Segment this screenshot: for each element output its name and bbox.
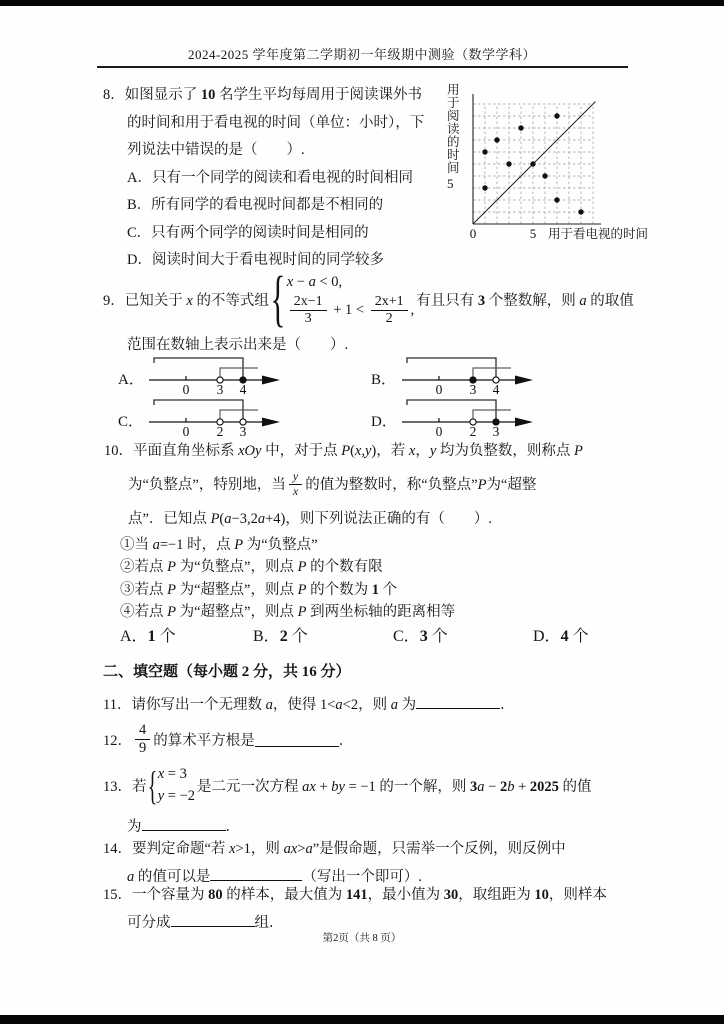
text-segment: 范围在数轴上表示出来是（ ）. bbox=[127, 337, 348, 353]
text-segment: 15．一个容量为 bbox=[103, 887, 208, 903]
text-segment: by bbox=[331, 779, 345, 795]
section-2-heading: 二、填空题（每小题 2 分，共 16 分） bbox=[103, 660, 351, 681]
scatter-plot: 0 5 用于看电视的时间 bbox=[464, 84, 672, 246]
text-segment: a bbox=[391, 697, 398, 713]
q10-answer-b: B．2 个 bbox=[253, 624, 393, 649]
text-segment: − bbox=[293, 274, 308, 290]
scatter-figure: 用于阅读的时间 5 0 5 用于看电视的时间 bbox=[447, 84, 672, 246]
question-12: 12．49 的算术平方根是． bbox=[103, 722, 353, 756]
number-line-axis bbox=[402, 376, 533, 385]
option-label: C． bbox=[118, 410, 146, 431]
text-segment: 组． bbox=[255, 915, 284, 931]
question-10: 10．平面直角坐标系 xOy 中，对于点 P(x,y)，若 x，y 均为负整数，… bbox=[104, 438, 664, 649]
question-8: 8．如图显示了 10 名学生平均每周用于阅读课外书 的时间和用于看电视的时间（单… bbox=[103, 82, 463, 275]
text-segment: 10 bbox=[201, 87, 216, 103]
q10-item-4: ④若点 P 为“超整点”，则点 P 到两坐标轴的距离相等 bbox=[104, 601, 664, 624]
number-line-a: 034 bbox=[146, 352, 296, 396]
x-tick-5: 5 bbox=[530, 226, 537, 241]
question-13: 13．若 { x = 3 y = −2 是二元一次方程 ax + by = −1… bbox=[103, 764, 663, 841]
q10-answer-d: D．4 个 bbox=[533, 624, 589, 649]
number-line-d: 023 bbox=[399, 394, 549, 438]
question-11: 11．请你写出一个无理数 a，使得 1<a<2，则 a 为． bbox=[103, 692, 515, 720]
q8-choice-a: A．只有一个同学的阅读和看电视的时间相同 bbox=[103, 165, 463, 193]
question-9: 9．已知关于 x 的不等式组 { x − a < 0, 2x−13 + 1 < … bbox=[103, 272, 663, 359]
tick-labels: 023 bbox=[436, 418, 500, 438]
number-line-axis bbox=[149, 376, 280, 385]
svg-text:2: 2 bbox=[217, 424, 224, 438]
text-segment: P bbox=[341, 443, 350, 459]
data-point bbox=[518, 125, 523, 130]
q15-line-1: 15．一个容量为 80 的样本，最大值为 141，最小值为 30，取组距为 10… bbox=[103, 882, 663, 910]
arrowhead bbox=[515, 418, 533, 427]
text-segment: +4)，则下列说法正确的有（ ）. bbox=[265, 511, 492, 527]
blank-underline bbox=[255, 731, 339, 747]
text-segment: , bbox=[411, 302, 415, 318]
text-segment: −3,2 bbox=[232, 511, 258, 527]
text-segment: 的时间和用于看电视的时间（单位：小时），下 bbox=[127, 115, 424, 131]
data-point bbox=[542, 173, 547, 178]
system-brace: { bbox=[270, 272, 285, 328]
tick-labels: 023 bbox=[183, 418, 247, 438]
text-segment: a bbox=[153, 537, 160, 553]
text-segment: 2 bbox=[280, 628, 288, 645]
text-segment: ”是假命题，只需举一个反例，则反例中 bbox=[313, 841, 566, 857]
q8-line-1: 8．如图显示了 10 名学生平均每周用于阅读课外书 bbox=[103, 82, 463, 110]
arrowhead bbox=[262, 376, 280, 385]
text-segment: + 1 < bbox=[330, 302, 368, 318]
text-segment: 141 bbox=[346, 887, 368, 903]
text-segment: 的样本，最大值为 bbox=[223, 887, 346, 903]
text-segment: 1 bbox=[148, 628, 156, 645]
text-segment: ②若点 bbox=[120, 559, 167, 575]
text-segment: + bbox=[514, 779, 529, 795]
scan-edge-top bbox=[0, 0, 724, 6]
number-line-b: 034 bbox=[399, 352, 549, 396]
text-segment: 列说法中错误的是（ ）. bbox=[127, 142, 305, 158]
text-segment: ． bbox=[339, 729, 354, 750]
text-segment: P bbox=[167, 582, 176, 598]
text-segment: 30 bbox=[444, 887, 459, 903]
text-segment: P bbox=[167, 604, 176, 620]
q9-prefix: 9．已知关于 x 的不等式组 bbox=[103, 289, 269, 310]
text-segment: 9．已知关于 bbox=[103, 293, 186, 309]
q10-item-1: ①当 a=−1 时，点 P 为“负整点” bbox=[104, 534, 664, 557]
text-segment: B． bbox=[253, 628, 280, 645]
text-segment: ax bbox=[302, 779, 316, 795]
q8-line-3: 列说法中错误的是（ ）. bbox=[103, 137, 463, 165]
text-segment: )，若 bbox=[371, 443, 408, 459]
equation-system: { x = 3 y = −2 bbox=[149, 764, 196, 808]
text-segment: 的算术平方根是 bbox=[153, 729, 255, 750]
text-segment: = 3 bbox=[164, 766, 187, 782]
text-segment: ，取组距为 bbox=[458, 887, 534, 903]
text-segment: 的个数有限 bbox=[306, 559, 382, 575]
number-line-c: 023 bbox=[146, 394, 296, 438]
text-segment: 14．要判定命题“若 bbox=[103, 841, 229, 857]
text-segment: ，则样本 bbox=[549, 887, 607, 903]
text-segment: ①当 bbox=[120, 537, 153, 553]
arrowhead bbox=[515, 376, 533, 385]
q10-answer-a: A．1 个 bbox=[120, 624, 253, 649]
q10-line-3: 点”．已知点 P(a−3,2a+4)，则下列说法正确的有（ ）. bbox=[104, 504, 664, 534]
fraction: 2x−13 bbox=[290, 294, 327, 327]
system-row-1: x − a < 0, bbox=[287, 272, 342, 294]
system-row-2: y = −2 bbox=[158, 786, 195, 808]
text-segment: 8．如图显示了 bbox=[103, 87, 201, 103]
text-segment: ． bbox=[500, 697, 515, 713]
text-segment: 1 bbox=[372, 582, 379, 598]
text-segment: a bbox=[579, 293, 586, 309]
q8-choice-b: B．所有同学的看电视时间都是不相同的 bbox=[103, 192, 463, 220]
y-axis-tick-5: 5 bbox=[447, 176, 462, 192]
text-segment: 有且只有 bbox=[416, 293, 478, 309]
text-segment: = −1 的一个解，则 bbox=[345, 779, 470, 795]
text-segment: <2，则 bbox=[343, 697, 391, 713]
data-point bbox=[578, 209, 583, 214]
text-segment: 12． bbox=[103, 729, 132, 750]
text-segment: 到两坐标轴的距离相等 bbox=[306, 604, 455, 620]
text-segment: − bbox=[485, 779, 500, 795]
option-label: D． bbox=[371, 410, 399, 431]
q9-option-b: B． 034 bbox=[371, 352, 624, 394]
text-segment: 是二元一次方程 bbox=[197, 779, 302, 795]
svg-text:2: 2 bbox=[470, 424, 477, 438]
svg-text:0: 0 bbox=[436, 424, 443, 438]
text-segment: P bbox=[234, 537, 243, 553]
x-axis-label: 用于看电视的时间 bbox=[548, 226, 648, 241]
text-segment: ④若点 bbox=[120, 604, 167, 620]
header-rule bbox=[97, 66, 628, 68]
tick-labels: 034 bbox=[436, 376, 500, 396]
q9-suffix: 有且只有 3 个整数解，则 a 的取值 bbox=[416, 289, 634, 310]
text-segment: 可分成 bbox=[127, 915, 171, 931]
text-segment: 3 bbox=[420, 628, 428, 645]
text-segment: C． bbox=[393, 628, 420, 645]
text-segment: 为“超整 bbox=[486, 466, 536, 504]
blank-underline bbox=[210, 865, 302, 881]
svg-text:3: 3 bbox=[240, 424, 247, 438]
q10-line-2: 为“负整点”，特别地，当yx的值为整数时，称“负整点” P 为“超整 bbox=[104, 466, 664, 504]
scan-edge-bottom bbox=[0, 1015, 724, 1024]
text-segment: a bbox=[309, 274, 316, 290]
text-segment: D． bbox=[533, 628, 561, 645]
system-brace: { bbox=[147, 768, 157, 804]
text-segment: 10 bbox=[534, 887, 549, 903]
text-segment: xOy bbox=[238, 443, 261, 459]
fraction: 2x+12 bbox=[371, 294, 408, 327]
text-segment: a bbox=[258, 511, 265, 527]
exam-title: 2024-2025 学年度第二学期初一年级期中测验（数学学科） bbox=[0, 44, 724, 63]
blank-underline bbox=[171, 911, 255, 927]
y-axis-label-column: 用于阅读的时间 5 bbox=[447, 84, 462, 246]
text-segment: a bbox=[335, 697, 342, 713]
system-row-1: x = 3 bbox=[158, 764, 187, 786]
text-segment: 的取值 bbox=[587, 293, 634, 309]
option-label: B． bbox=[371, 368, 399, 389]
text-segment: ． bbox=[226, 819, 241, 835]
svg-text:0: 0 bbox=[183, 424, 190, 438]
text-segment: ax bbox=[284, 841, 298, 857]
text-segment: 的个数为 bbox=[306, 582, 371, 598]
text-segment: P bbox=[574, 443, 583, 459]
text-segment: + bbox=[316, 779, 331, 795]
text-segment: P bbox=[167, 559, 176, 575]
text-segment: ③若点 bbox=[120, 582, 167, 598]
text-segment: 4 bbox=[561, 628, 569, 645]
text-segment: 个 bbox=[156, 628, 176, 645]
blank-underline bbox=[416, 693, 500, 709]
text-segment: 为“超整点”，则点 bbox=[176, 582, 298, 598]
fraction: yx bbox=[289, 470, 302, 499]
text-segment: 11．请你写出一个无理数 bbox=[103, 697, 266, 713]
q10-answer-c: C．3 个 bbox=[393, 624, 533, 649]
option-label: A． bbox=[118, 368, 146, 389]
arrowhead bbox=[262, 418, 280, 427]
q13-prefix: 13．若 bbox=[103, 775, 147, 796]
text-segment: 为“负整点” bbox=[243, 537, 318, 553]
question-15: 15．一个容量为 80 的样本，最大值为 141，最小值为 30，取组距为 10… bbox=[103, 882, 663, 937]
text-segment: 个 bbox=[428, 628, 448, 645]
data-point bbox=[554, 113, 559, 118]
q9-stem: 9．已知关于 x 的不等式组 { x − a < 0, 2x−13 + 1 < … bbox=[103, 272, 663, 328]
q13-stem: 13．若 { x = 3 y = −2 是二元一次方程 ax + by = −1… bbox=[103, 764, 663, 808]
text-segment: D．阅读时间大于看电视时间的同学较多 bbox=[127, 252, 384, 268]
q14-line-1: 14．要判定命题“若 x>1，则 ax>a”是假命题，只需举一个反例，则反例中 bbox=[103, 836, 663, 864]
system-rows: x − a < 0, 2x−13 + 1 < 2x+12, bbox=[287, 272, 415, 327]
text-segment: A． bbox=[120, 628, 148, 645]
text-segment: 10．平面直角坐标系 bbox=[104, 443, 238, 459]
text-segment: 为 bbox=[398, 697, 416, 713]
text-segment: =−1 时，点 bbox=[160, 537, 234, 553]
q10-answer-row: A．1 个 B．2 个 C．3 个 D．4 个 bbox=[104, 624, 664, 649]
text-segment: 80 bbox=[208, 887, 223, 903]
text-segment: 2025 bbox=[530, 779, 559, 795]
q9-answer-options: A． 034 B． 034 C． 023 D． 023 bbox=[118, 352, 624, 436]
data-point bbox=[482, 185, 487, 190]
text-segment: 的值为整数时，称“负整点” bbox=[305, 466, 477, 504]
text-segment: 13．若 bbox=[103, 779, 147, 795]
text-segment: B．所有同学的看电视时间都是不相同的 bbox=[127, 197, 383, 213]
q10-item-2: ②若点 P 为“负整点”，则点 P 的个数有限 bbox=[104, 556, 664, 579]
fraction: 49 bbox=[135, 722, 150, 756]
inequality-system: { x − a < 0, 2x−13 + 1 < 2x+12, bbox=[271, 272, 414, 328]
text-segment: a bbox=[266, 697, 273, 713]
data-point bbox=[482, 149, 487, 154]
text-segment: ，使得 1< bbox=[273, 697, 336, 713]
text-segment: 均为负整数，则称点 bbox=[436, 443, 574, 459]
q8-line-2: 的时间和用于看电视的时间（单位：小时），下 bbox=[103, 110, 463, 138]
y-axis-label: 用于阅读的时间 bbox=[447, 84, 461, 175]
data-point bbox=[494, 137, 499, 142]
text-segment: 名学生平均每周用于阅读课外书 bbox=[215, 87, 422, 103]
x-tick-0: 0 bbox=[470, 226, 477, 241]
data-point bbox=[506, 161, 511, 166]
system-rows: x = 3 y = −2 bbox=[158, 764, 195, 808]
q10-item-3: ③若点 P 为“超整点”，则点 P 的个数为 1 个 bbox=[104, 579, 664, 602]
q9-option-d: D． 023 bbox=[371, 394, 624, 436]
blank-underline bbox=[142, 815, 226, 831]
text-segment: C．只有两个同学的阅读时间是相同的 bbox=[127, 225, 369, 241]
text-segment: A．只有一个同学的阅读和看电视的时间相同 bbox=[127, 170, 413, 186]
text-segment: 个 bbox=[569, 628, 589, 645]
text-segment: = −2 bbox=[164, 788, 195, 804]
system-row-2: 2x−13 + 1 < 2x+12, bbox=[287, 294, 415, 327]
text-segment: ，最小值为 bbox=[368, 887, 444, 903]
text-segment: a bbox=[477, 779, 484, 795]
text-segment: 为 bbox=[127, 819, 142, 835]
q9-option-c: C． 023 bbox=[118, 394, 371, 436]
exam-page: 2024-2025 学年度第二学期初一年级期中测验（数学学科） 8．如图显示了 … bbox=[0, 0, 724, 1024]
text-segment: 点”．已知点 bbox=[128, 511, 211, 527]
number-line-axis bbox=[149, 418, 280, 427]
q10-line-1: 10．平面直角坐标系 xOy 中，对于点 P(x,y)，若 x，y 均为负整数，… bbox=[104, 438, 664, 466]
text-segment: < 0, bbox=[316, 274, 342, 290]
text-segment: >1，则 bbox=[236, 841, 284, 857]
q9-option-a: A． 034 bbox=[118, 352, 371, 394]
text-segment: 的值 bbox=[559, 779, 592, 795]
text-segment: 为“超整点”，则点 bbox=[176, 604, 298, 620]
text-segment: 个 bbox=[288, 628, 308, 645]
text-segment: a bbox=[224, 511, 231, 527]
q13-suffix: 是二元一次方程 ax + by = −1 的一个解，则 3a − 2b + 20… bbox=[197, 775, 592, 796]
page-footer: 第2页（共 8 页） bbox=[0, 930, 724, 945]
tick-labels: 034 bbox=[183, 376, 247, 396]
text-segment: P bbox=[478, 466, 487, 504]
q8-choice-c: C．只有两个同学的阅读时间是相同的 bbox=[103, 220, 463, 248]
text-segment: ， bbox=[415, 443, 430, 459]
text-segment: 中，对于点 bbox=[261, 443, 341, 459]
text-segment: 个整数解，则 bbox=[485, 293, 579, 309]
number-line-axis bbox=[402, 418, 533, 427]
text-segment: 的不等式组 bbox=[193, 293, 269, 309]
text-segment: a bbox=[305, 841, 312, 857]
data-point bbox=[530, 161, 535, 166]
data-point bbox=[554, 197, 559, 202]
text-segment: 个 bbox=[379, 582, 397, 598]
text-segment: 为“负整点”，特别地，当 bbox=[128, 466, 286, 504]
text-segment: 为“负整点”，则点 bbox=[176, 559, 298, 575]
svg-text:3: 3 bbox=[493, 424, 500, 438]
